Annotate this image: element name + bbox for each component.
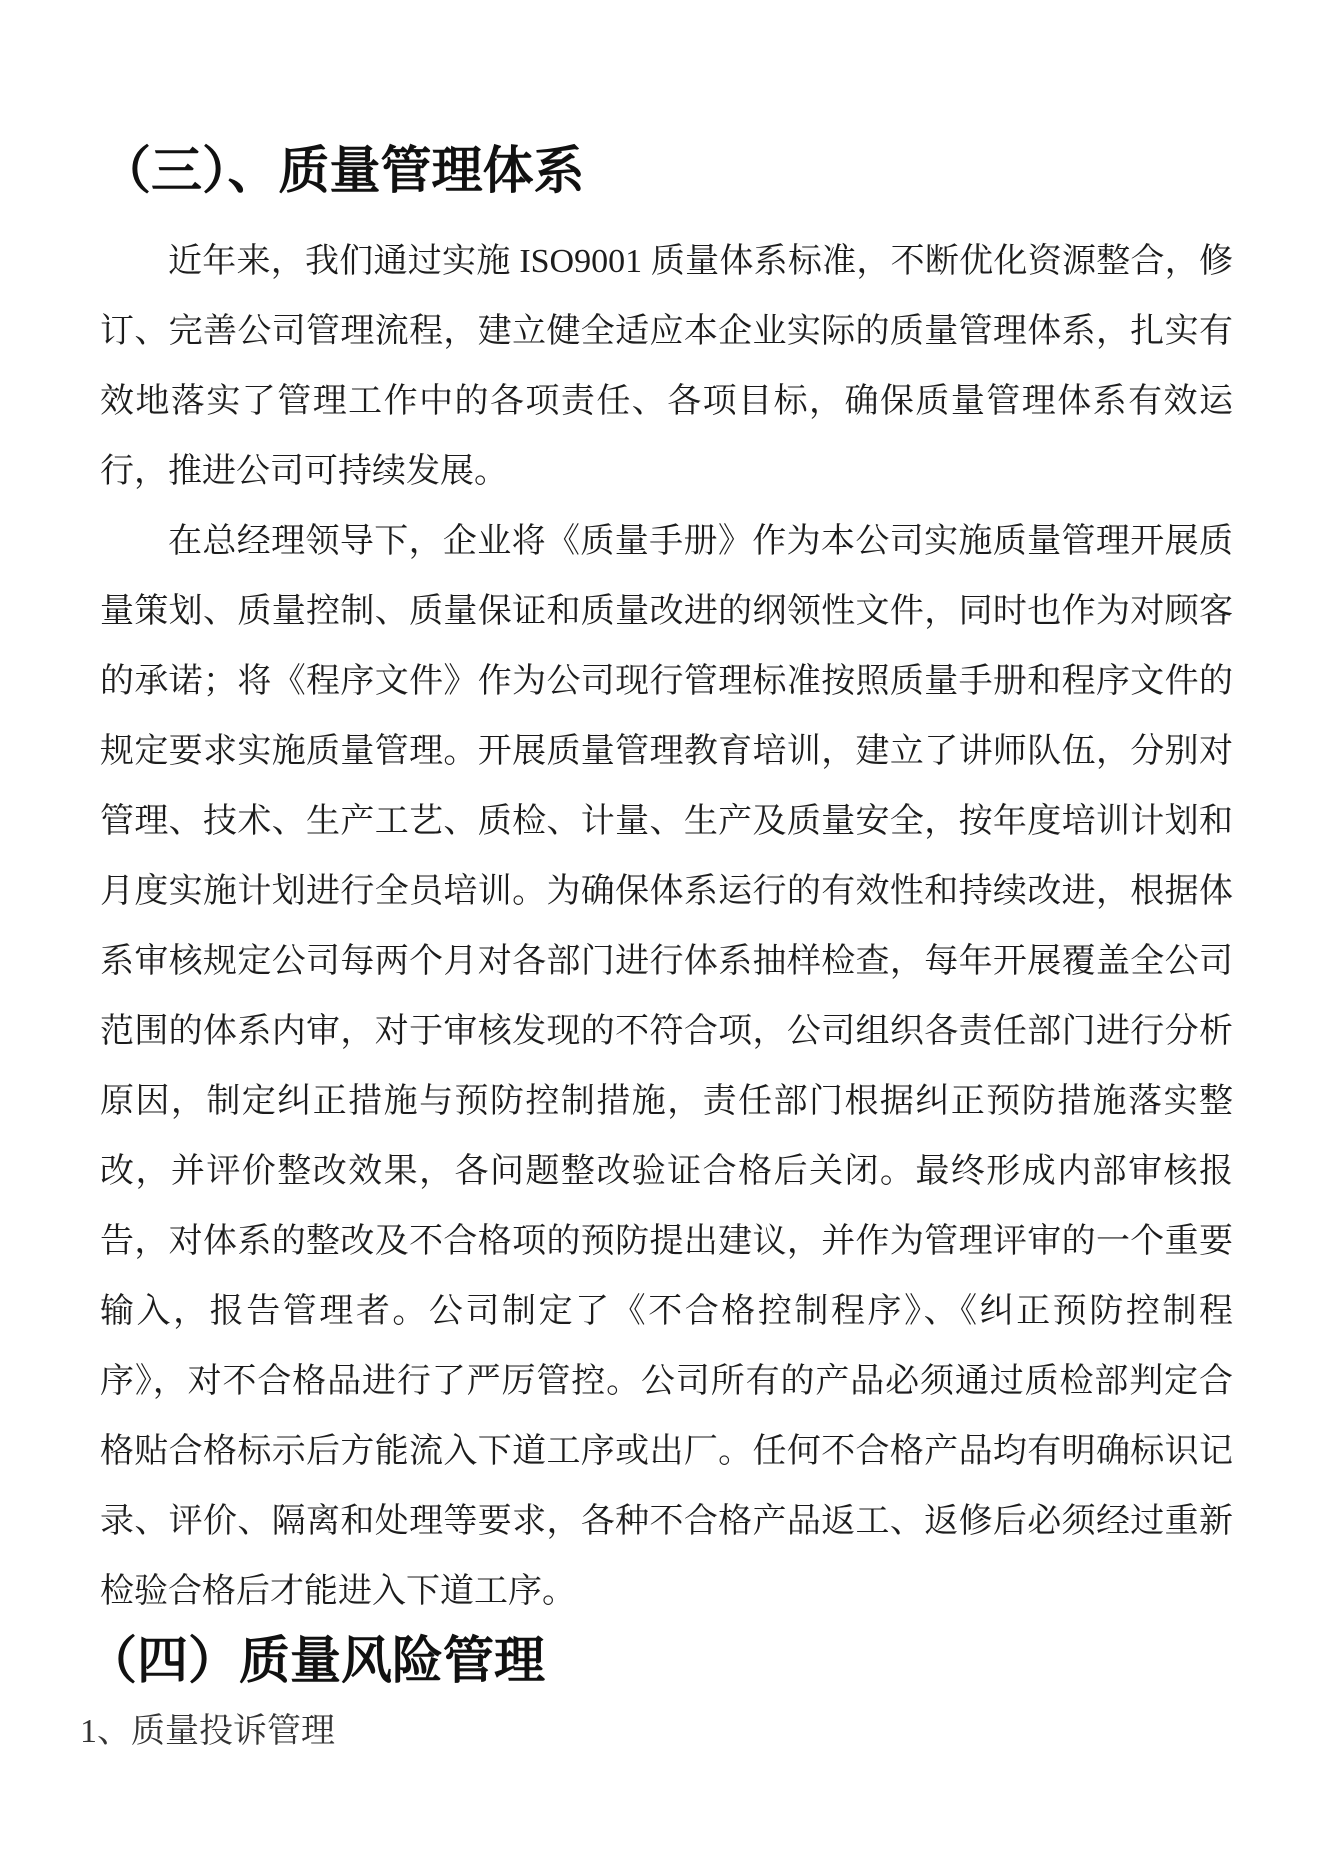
document-page: （三）、质量管理体系 近年来，我们通过实施 ISO9001 质量体系标准，不断优… [0, 0, 1323, 1871]
section-3-heading: （三）、质量管理体系 [100, 137, 1233, 207]
section-4-heading: （四）质量风险管理 [86, 1627, 1233, 1697]
section-3-paragraph-2: 在总经理领导下，企业将《质量手册》作为本公司实施质量管理开展质量策划、质量控制、… [100, 507, 1233, 1627]
section-3-paragraph-1: 近年来，我们通过实施 ISO9001 质量体系标准，不断优化资源整合，修订、完善… [100, 227, 1233, 507]
section-4-subheading-1: 1、质量投诉管理 [80, 1697, 1233, 1767]
